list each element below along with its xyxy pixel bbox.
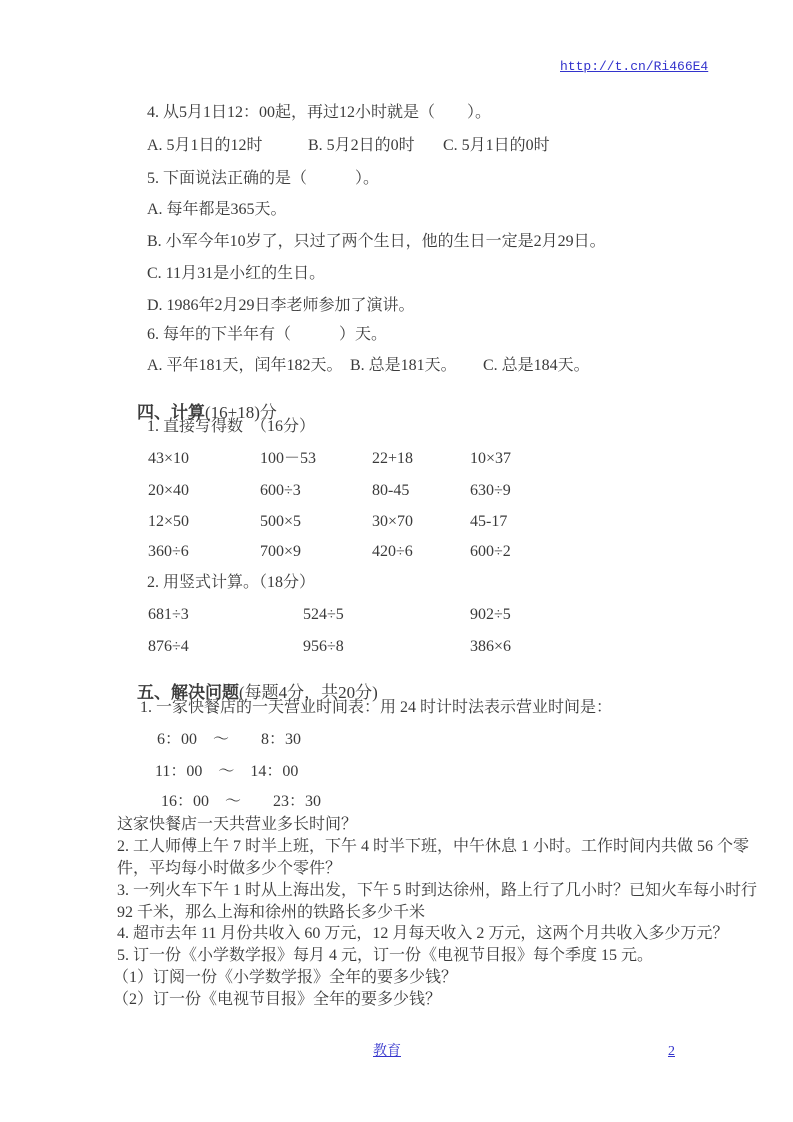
- q6-option-b: B. 总是181天。: [350, 357, 457, 375]
- question-4-text: 4. 从5月1日12：00起，再过12小时就是（ ）。: [147, 104, 491, 122]
- calc-cell: 22+18: [372, 450, 413, 468]
- solve-q3-line2: 92 千米，那么上海和徐州的铁路长多少千米: [117, 904, 425, 922]
- question-5-text: 5. 下面说法正确的是（ ）。: [147, 170, 379, 188]
- calc-cell: 600÷3: [260, 482, 301, 500]
- q4-option-c: C. 5月1日的0时: [443, 137, 550, 155]
- calc-cell: 902÷5: [470, 606, 511, 624]
- solve-q5-sub1: （1）订阅一份《小学数学报》全年的要多少钱？: [113, 969, 457, 987]
- calc-cell: 876÷4: [148, 638, 189, 656]
- calc-cell: 630÷9: [470, 482, 511, 500]
- solve-q1-text: 1. 一家快餐店的一天营业时间表：用 24 时计时法表示营业时间是：: [140, 699, 612, 717]
- business-hours-row-2: 11：00 ～ 14：00: [155, 763, 298, 781]
- calc-cell: 681÷3: [148, 606, 189, 624]
- calc-part1-label: 1. 直接写得数 （16分）: [147, 418, 315, 436]
- q4-option-b: B. 5月2日的0时: [308, 137, 415, 155]
- calc-part2-label: 2. 用竖式计算。（18分）: [147, 574, 315, 592]
- footer-page-number[interactable]: 2: [668, 1044, 675, 1060]
- q6-option-a: A. 平年181天，闰年182天。: [147, 357, 343, 375]
- solve-q5-sub2: （2）订一份《电视节目报》全年的要多少钱？: [113, 991, 441, 1009]
- q6-option-c: C. 总是184天。: [483, 357, 590, 375]
- calc-cell: 45-17: [470, 513, 507, 531]
- calc-cell: 43×10: [148, 450, 189, 468]
- business-hours-row-3: 16：00 ～ 23：30: [161, 793, 321, 811]
- calc-cell: 100－53: [260, 450, 316, 468]
- solve-q4-text: 4. 超市去年 11 月份共收入 60 万元，12 月每天收入 2 万元，这两个…: [117, 925, 728, 943]
- calc-cell: 80-45: [372, 482, 409, 500]
- calc-cell: 524÷5: [303, 606, 344, 624]
- business-hours-row-1: 6：00 ～ 8：30: [157, 731, 301, 749]
- calc-cell: 360÷6: [148, 543, 189, 561]
- calc-cell: 420÷6: [372, 543, 413, 561]
- calc-cell: 600÷2: [470, 543, 511, 561]
- question-4-options-row: A. 5月1日的12时 B. 5月2日的0时 C. 5月1日的0时: [147, 137, 607, 155]
- header-url-link[interactable]: http://t.cn/Ri466E4: [560, 59, 708, 74]
- calc-cell: 20×40: [148, 482, 189, 500]
- solve-q5-text: 5. 订一份《小学数学报》每月 4 元，订一份《电视节目报》每个季度 15 元。: [117, 947, 653, 965]
- solve-q2-line2: 件，平均每小时做多少个零件？: [117, 860, 341, 878]
- calc-cell: 700×9: [260, 543, 301, 561]
- question-6-text: 6. 每年的下半年有（ ）天。: [147, 326, 387, 344]
- solve-q2-line1: 2. 工人师傅上午 7 时半上班，下午 4 时半下班，中午休息 1 小时。工作时…: [117, 838, 749, 856]
- calc-cell: 10×37: [470, 450, 511, 468]
- q5-option-d: D. 1986年2月29日李老师参加了演讲。: [147, 297, 415, 315]
- calc-cell: 956÷8: [303, 638, 344, 656]
- q5-option-b: B. 小军今年10岁了，只过了两个生日，他的生日一定是2月29日。: [147, 233, 606, 251]
- calc-cell: 386×6: [470, 638, 511, 656]
- calc-grid-vertical: 681÷3 524÷5 902÷5 876÷4 956÷8 386×6: [148, 606, 568, 658]
- calc-cell: 30×70: [372, 513, 413, 531]
- calc-cell: 500×5: [260, 513, 301, 531]
- solve-q1-followup: 这家快餐店一天共营业多长时间？: [117, 816, 357, 834]
- solve-q3-line1: 3. 一列火车下午 1 时从上海出发，下午 5 时到达徐州，路上行了几小时？已知…: [117, 882, 757, 900]
- q4-option-a: A. 5月1日的12时: [147, 137, 263, 155]
- q5-option-c: C. 11月31是小红的生日。: [147, 265, 325, 283]
- document-page: http://t.cn/Ri466E4 4. 从5月1日12：00起，再过12小…: [0, 0, 793, 1122]
- question-6-options-row: A. 平年181天，闰年182天。 B. 总是181天。 C. 总是184天。: [147, 357, 627, 375]
- footer-site-link[interactable]: 教育: [373, 1044, 401, 1060]
- calc-grid-direct: 43×10 100－53 22+18 10×37 20×40 600÷3 80-…: [148, 450, 568, 562]
- q5-option-a: A. 每年都是365天。: [147, 201, 287, 219]
- calc-cell: 12×50: [148, 513, 189, 531]
